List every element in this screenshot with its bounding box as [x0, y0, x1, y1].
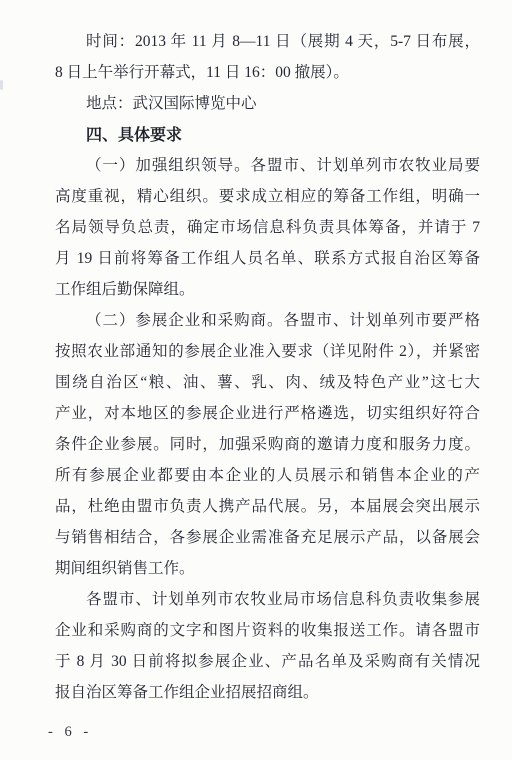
scan-edge-artifact	[0, 80, 3, 90]
text-line: 期间组织销售工作。	[55, 553, 480, 584]
text-line: 高度重视，精心组织。要求成立相应的筹备工作组，明确一	[55, 181, 480, 212]
text-line-time: 时间：2013 年 11 月 8—11 日（展期 4 天，5-7 日布展，	[55, 26, 480, 57]
document-page: 时间：2013 年 11 月 8—11 日（展期 4 天，5-7 日布展， 8 …	[0, 0, 512, 760]
text-line: 与销售相结合，各参展企业需准备充足展示产品，以备展会	[55, 522, 480, 553]
text-line: 产业，对本地区的参展企业进行严格遴选，切实组织好符合	[55, 398, 480, 429]
text-line-para3-lead: 各盟市、计划单列市农牧业局市场信息科负责收集参展	[55, 584, 480, 615]
text-line: 月 19 日前将筹备工作组人员名单、联系方式报自治区筹备	[55, 243, 480, 274]
text-line: 所有参展企业都要由本企业的人员展示和销售本企业的产	[55, 460, 480, 491]
text-line: 条件企业参展。同时，加强采购商的邀请力度和服务力度。	[55, 429, 480, 460]
text-line-para2-lead: （二）参展企业和采购商。各盟市、计划单列市要严格	[55, 305, 480, 336]
text-line-time-cont: 8 日上午举行开幕式，11 日 16：00 撤展）。	[55, 57, 480, 88]
text-line: 于 8 月 30 日前将拟参展企业、产品名单及采购商有关情况	[55, 646, 480, 677]
text-line: 企业和采购商的文字和图片资料的收集报送工作。请各盟市	[55, 615, 480, 646]
text-line: 报自治区筹备工作组企业招展招商组。	[55, 677, 480, 708]
text-line: 围绕自治区“粮、油、薯、乳、肉、绒及特色产业”这七大	[55, 367, 480, 398]
text-line-venue: 地点：武汉国际博览中心	[55, 88, 480, 119]
document-body: 时间：2013 年 11 月 8—11 日（展期 4 天，5-7 日布展， 8 …	[55, 26, 480, 708]
text-line: 品，杜绝由盟市负责人携产品代展。另，本届展会突出展示	[55, 491, 480, 522]
section-heading: 四、具体要求	[55, 119, 480, 150]
text-line: 工作组后勤保障组。	[55, 274, 480, 305]
text-line: 名局领导负总责，确定市场信息科负责具体筹备，并请于 7	[55, 212, 480, 243]
text-line: 按照农业部通知的参展企业准入要求（详见附件 2），并紧密	[55, 336, 480, 367]
text-line-para1-lead: （一）加强组织领导。各盟市、计划单列市农牧业局要	[55, 150, 480, 181]
page-number: - 6 -	[48, 724, 92, 741]
